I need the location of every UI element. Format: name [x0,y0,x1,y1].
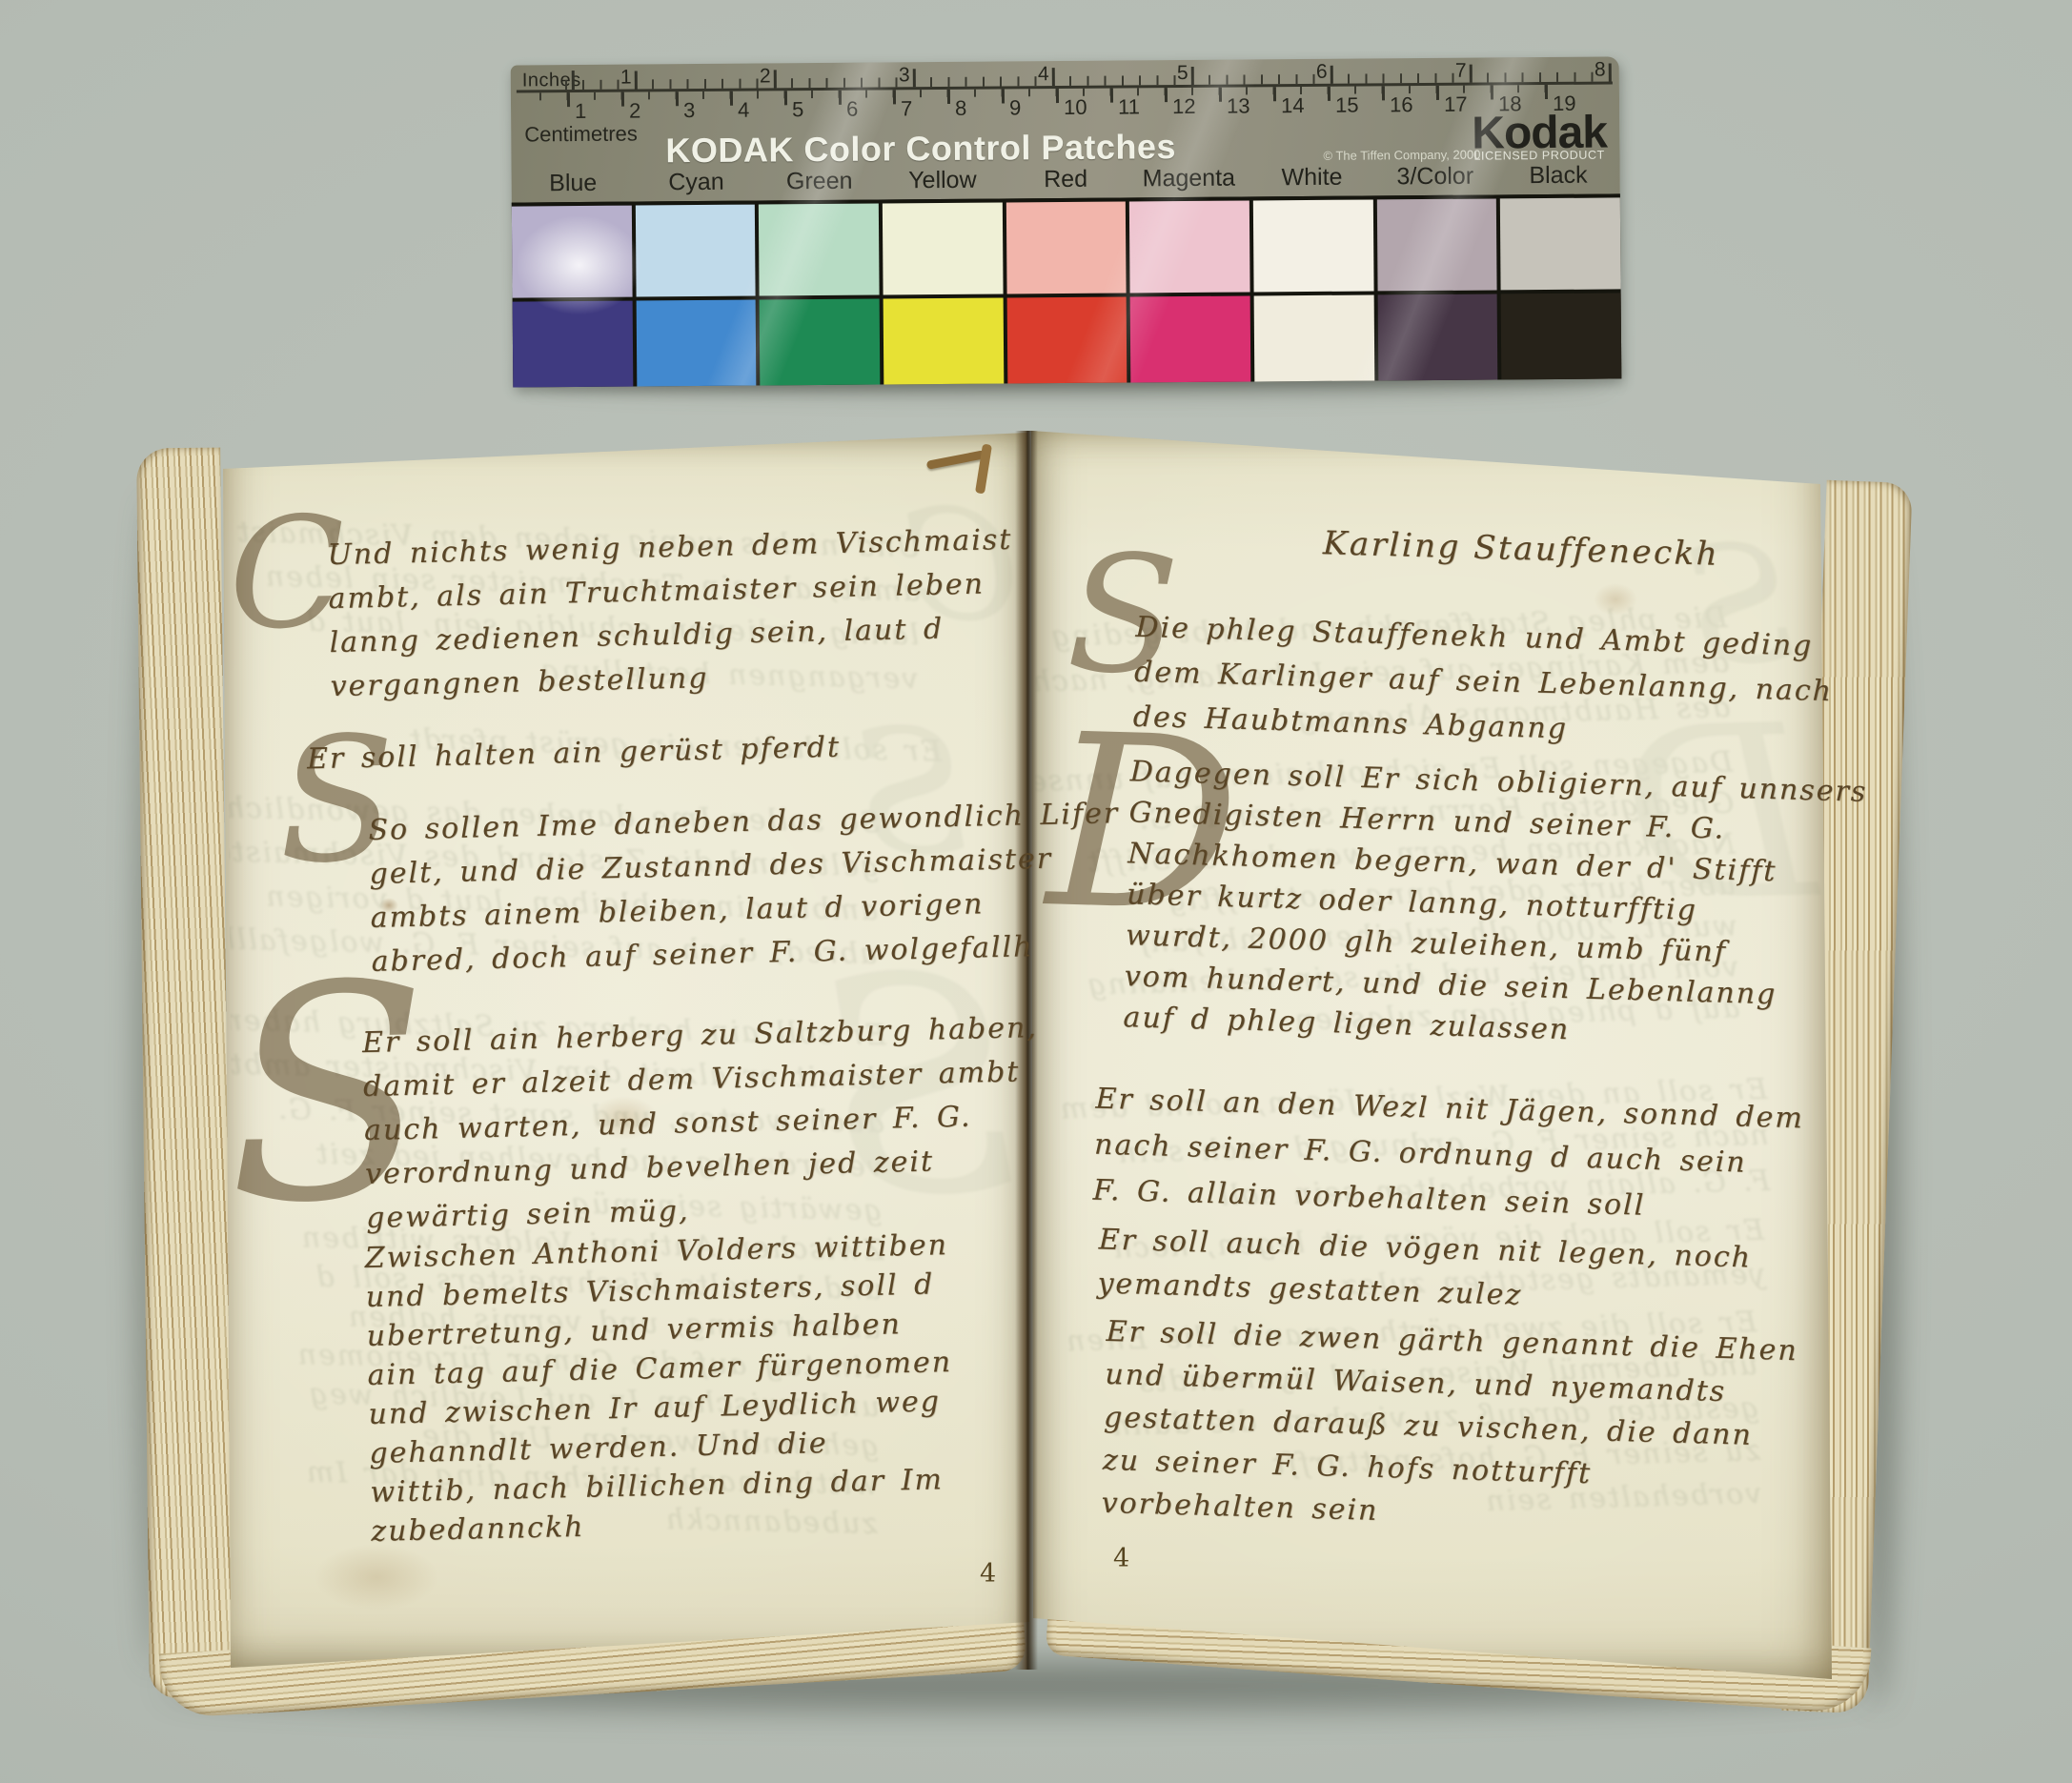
patch-3/color-solid [1377,294,1497,380]
archival-photo: Inches 12345678 123456789101112131415161… [0,0,2072,1783]
patch-white-solid [1254,294,1374,381]
cm-number: 8 [955,96,966,121]
patch-magenta-tint [1129,200,1249,293]
patch-label-yellow: Yellow [881,167,1004,195]
cm-tick [1382,86,1385,100]
cm-number: 4 [738,98,749,123]
cm-tick [1436,86,1439,100]
cm-number: 9 [1009,95,1021,120]
cm-tick [947,90,950,104]
patch-black-tint [1500,197,1620,290]
cm-number: 2 [629,99,640,124]
cm-number: 6 [846,97,858,122]
cm-tick [1219,88,1222,102]
patch-black-solid [1501,293,1621,379]
patch-blue-tint [512,206,632,298]
card-title: KODAK Color Control Patches [665,127,1176,171]
cm-tick [784,91,787,105]
right-page [1031,425,1832,1683]
cm-tick [1545,85,1548,99]
cm-scale: 12345678910111213141516171819 [511,56,1620,132]
cm-number: 14 [1281,93,1305,118]
cm-number: 16 [1390,92,1413,117]
cm-number: 11 [1118,94,1140,119]
patch-green-tint [759,204,879,296]
patch-white-tint [1253,199,1373,292]
page-stain [1594,583,1637,616]
patch-yellow-tint [883,203,1003,295]
patch-label-blue: Blue [512,170,635,198]
cm-number: 5 [792,97,803,122]
patch-label-black: Black [1496,161,1619,190]
cm-tick [567,92,570,107]
patch-label-green: Green [758,168,881,196]
patch-3/color-tint [1376,198,1496,291]
cm-tick [621,92,624,107]
patch-label-cyan: Cyan [635,169,758,197]
cm-tick [1056,89,1059,103]
cm-tick [1002,90,1005,104]
left-page [217,431,1029,1670]
cm-number: 3 [683,98,695,123]
patch-cyan-tint [636,205,756,297]
cm-number: 12 [1172,94,1196,119]
patch-label-3/color: 3/Color [1373,162,1496,191]
page-stain [379,898,398,913]
patch-label-white: White [1250,163,1373,192]
patch-cyan-solid [636,300,756,387]
page-stain [591,1096,658,1140]
patch-grid [512,193,1621,387]
cm-number: 1 [575,99,586,124]
cm-number: 7 [901,96,912,121]
cm-tick [1273,87,1276,101]
cm-tick [1165,88,1168,102]
patch-red-tint [1006,202,1126,294]
cm-tick [839,91,842,105]
cm-number: 15 [1335,93,1359,118]
cm-tick [1491,85,1493,99]
patch-blue-solid [513,301,633,388]
centimetres-label: Centimetres [524,122,638,148]
cm-tick [676,91,679,106]
tiffen-copyright: © The Tiffen Company, 2000 [1323,148,1480,163]
licensed-product-label: LICENSED PRODUCT [1473,149,1605,163]
patch-magenta-solid [1130,295,1250,382]
page-stain [315,1544,438,1611]
cm-number: 17 [1444,92,1468,117]
patch-yellow-solid [884,298,1004,385]
cm-tick [730,91,733,106]
page-block-edge-left [136,448,234,1699]
cm-number: 10 [1064,95,1087,120]
book-gutter [1015,431,1038,1670]
cm-tick [1110,89,1113,103]
kodak-color-card: Inches 12345678 123456789101112131415161… [511,56,1622,387]
patch-label-red: Red [1004,165,1127,193]
patch-red-solid [1006,297,1127,384]
patch-green-solid [760,299,880,386]
page-number-right: 4 [1113,1544,1129,1573]
cm-tick [893,90,896,104]
cm-number: 13 [1227,93,1250,118]
patch-label-magenta: Magenta [1127,164,1250,192]
cm-tick [1328,87,1331,101]
page-number-left: 4 [980,1559,996,1589]
